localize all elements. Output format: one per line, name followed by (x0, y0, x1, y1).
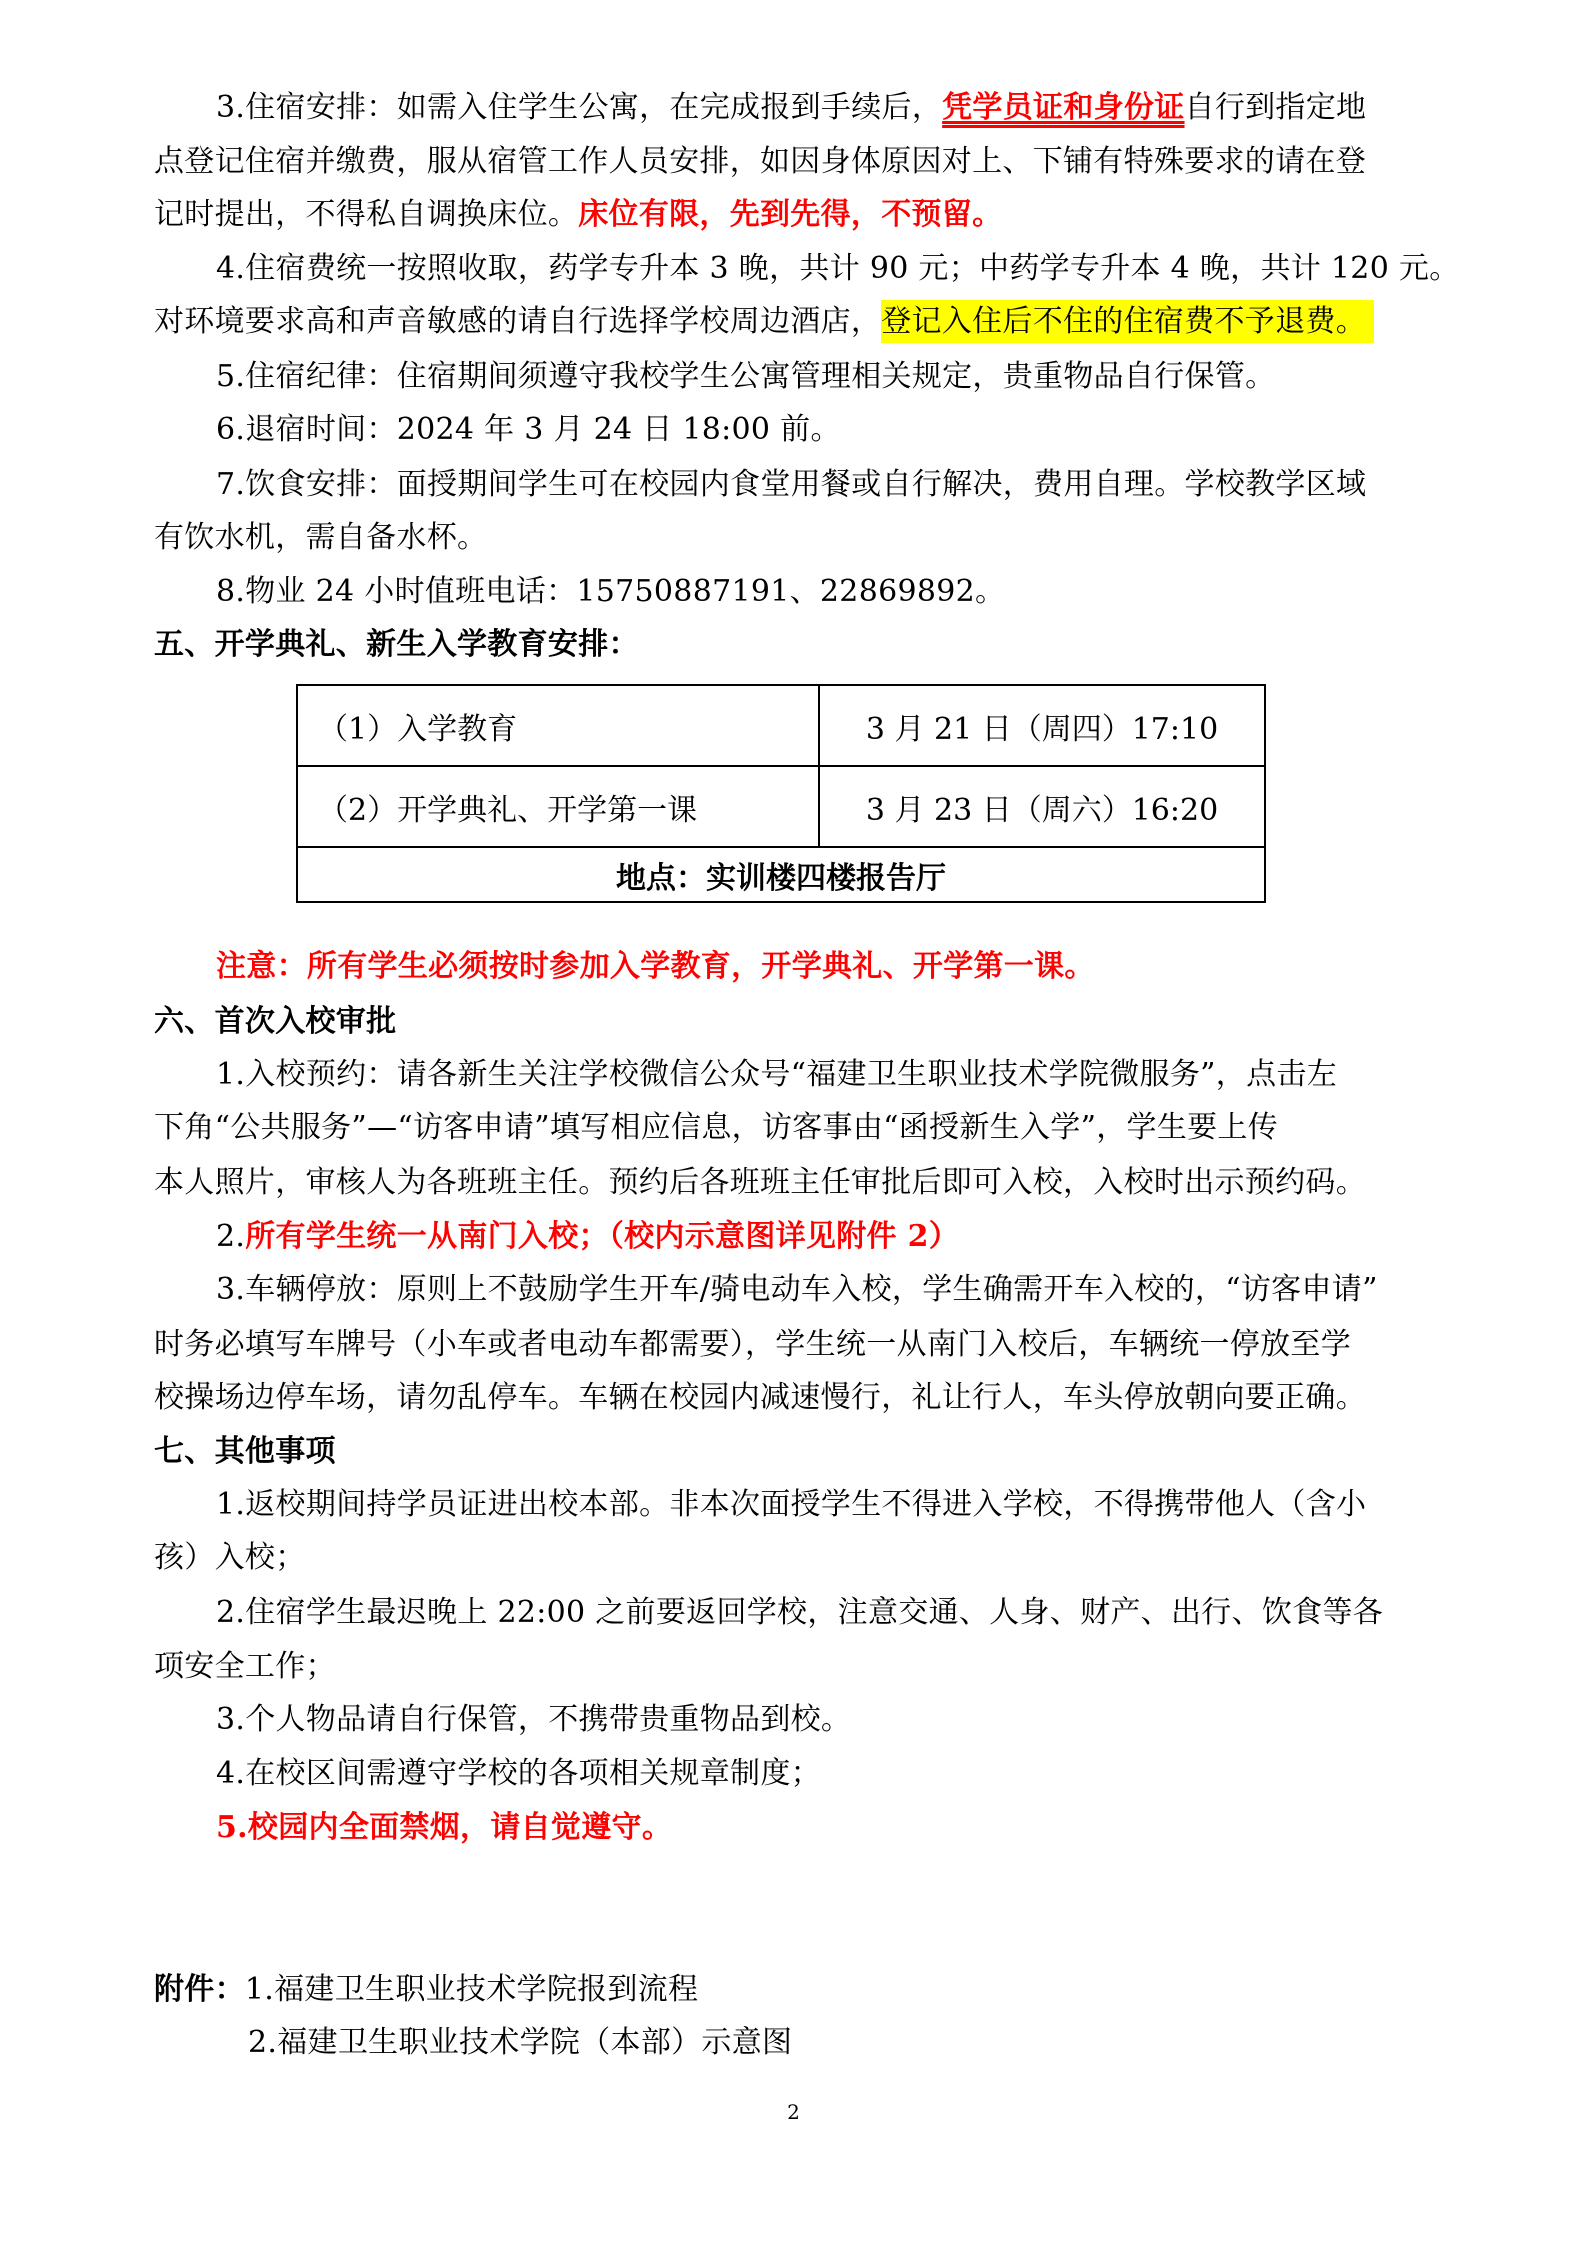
housing-item7-line1: 7.饮食安排：面授期间学生可在校园内食堂用餐或自行解决，费用自理。学校教学区域 (154, 458, 1447, 512)
section7-item2-line1: 2.住宿学生最迟晚上 22:00 之前要返回学校，注意交通、人身、财产、出行、饮… (154, 1586, 1447, 1640)
housing-item4-line2: 对环境要求高和声音敏感的请自行选择学校周边酒店，登记入住后不住的住宿费不予退费。 (154, 295, 1447, 349)
housing-item7-line2: 有饮水机，需自备水杯。 (154, 511, 1447, 565)
attachment-item: 1.福建卫生职业技术学院报到流程 (245, 1972, 698, 2007)
schedule-table: （1）入学教育 3 月 21 日（周四）17:10 （2）开学典礼、开学第一课 … (296, 684, 1266, 903)
housing-item5: 5.住宿纪律：住宿期间须遵守我校学生公寓管理相关规定，贵重物品自行保管。 (154, 350, 1447, 404)
section6-item1-line2: 下角“公共服务”—“访客申请”填写相应信息，访客事由“函授新生入学”，学生要上传 (154, 1101, 1447, 1155)
housing-item4-line1: 4.住宿费统一按照收取，药学专升本 3 晚，共计 90 元；中药学专升本 4 晚… (154, 242, 1447, 296)
housing-item3-line2: 点登记住宿并缴费，服从宿管工作人员安排，如因身体原因对上、下铺有特殊要求的请在登 (154, 135, 1447, 189)
section7-item3: 3.个人物品请自行保管，不携带贵重物品到校。 (154, 1693, 1447, 1747)
section5-title: 五、开学典礼、新生入学教育安排： (154, 618, 1447, 672)
housing-item4-line2-text: 对环境要求高和声音敏感的请自行选择学校周边酒店， (154, 304, 881, 339)
no-refund-highlight: 登记入住后不住的住宿费不予退费。 (881, 300, 1374, 343)
page-number: 2 (0, 2100, 1587, 2124)
section7-item1-line2: 孩）入校； (154, 1531, 1447, 1585)
section6-item3-line1: 3.车辆停放：原则上不鼓励学生开车/骑电动车入校，学生确需开车入校的，“访客申请… (154, 1263, 1447, 1317)
attachments-line1: 附件：1.福建卫生职业技术学院报到流程 (154, 1963, 1447, 2017)
section7-item1-line1: 1.返校期间持学员证进出校本部。非本次面授学生不得进入学校，不得携带他人（含小 (154, 1478, 1447, 1532)
section6-item3-line2: 时务必填写车牌号（小车或者电动车都需要），学生统一从南门入校后，车辆统一停放至学 (154, 1318, 1447, 1372)
housing-item3-line3: 记时提出，不得私自调换床位。床位有限，先到先得，不预留。 (154, 188, 1447, 242)
housing-item8: 8.物业 24 小时值班电话：15750887191、22869892。 (154, 565, 1447, 619)
housing-item3-prefix: 3.住宿安排：如需入住学生公寓，在完成报到手续后， (216, 90, 942, 125)
no-smoking-notice: 5.校园内全面禁烟，请自觉遵守。 (154, 1801, 1447, 1855)
housing-item3-line3-text: 记时提出，不得私自调换床位。 (154, 197, 578, 232)
schedule-event: （2）开学典礼、开学第一课 (297, 766, 819, 847)
south-gate-notice: 所有学生统一从南门入校；（校内示意图详见附件 2） (245, 1219, 959, 1254)
housing-item3-suffix: 自行到指定地 (1185, 90, 1367, 125)
schedule-time: 3 月 21 日（周四）17:10 (819, 685, 1265, 766)
section7-title: 七、其他事项 (154, 1425, 1447, 1479)
schedule-time: 3 月 23 日（周六）16:20 (819, 766, 1265, 847)
bed-limited-warning: 床位有限，先到先得，不预留。 (578, 197, 1002, 232)
section6-item1-line3: 本人照片，审核人为各班班主任。预约后各班班主任审批后即可入校，入校时出示预约码。 (154, 1156, 1447, 1210)
housing-item3-line1: 3.住宿安排：如需入住学生公寓，在完成报到手续后，凭学员证和身份证自行到指定地 (154, 81, 1447, 135)
section6-item2-num: 2. (216, 1219, 245, 1254)
schedule-location: 地点：实训楼四楼报告厅 (297, 847, 1265, 902)
section6-title: 六、首次入校审批 (154, 995, 1447, 1049)
schedule-row: （2）开学典礼、开学第一课 3 月 23 日（周六）16:20 (297, 766, 1265, 847)
section6-item1-line1: 1.入校预约：请各新生关注学校微信公众号“福建卫生职业技术学院微服务”，点击左 (154, 1048, 1447, 1102)
schedule-row: （1）入学教育 3 月 21 日（周四）17:10 (297, 685, 1265, 766)
attachment-item: 2.福建卫生职业技术学院（本部）示意图 (154, 2016, 1447, 2070)
section7-item4: 4.在校区间需遵守学校的各项相关规章制度； (154, 1747, 1447, 1801)
attendance-note: 注意：所有学生必须按时参加入学教育，开学典礼、开学第一课。 (154, 940, 1447, 994)
id-requirement-emphasis: 凭学员证和身份证 (942, 90, 1184, 125)
schedule-location-row: 地点：实训楼四楼报告厅 (297, 847, 1265, 902)
section6-item2: 2.所有学生统一从南门入校；（校内示意图详见附件 2） (154, 1210, 1447, 1264)
section6-item3-line3: 校操场边停车场，请勿乱停车。车辆在校园内减速慢行，礼让行人，车头停放朝向要正确。 (154, 1371, 1447, 1425)
housing-item6: 6.退宿时间：2024 年 3 月 24 日 18:00 前。 (154, 403, 1447, 457)
attachments-label: 附件： (154, 1972, 245, 2007)
schedule-event: （1）入学教育 (297, 685, 819, 766)
section7-item2-line2: 项安全工作； (154, 1640, 1447, 1694)
